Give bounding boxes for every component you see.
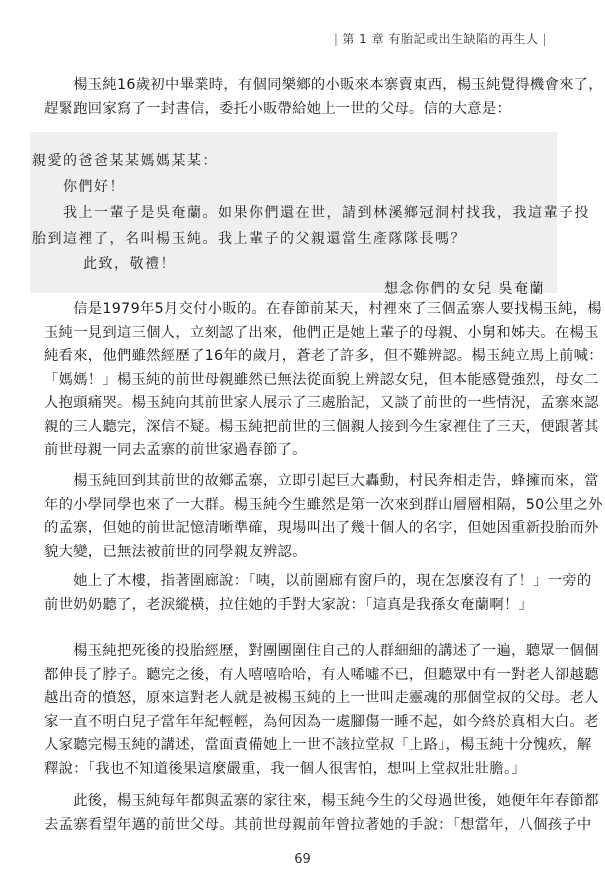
text-line: 年的小學同學也來了一大群。楊玉純今生雖然是第一次來到群山層層相隔，50公里之外 [44, 494, 559, 518]
text-line: 親的三人聽完，深信不疑。楊玉純把前世的三個親人接到今生家裡住了三天，便跟著其 [44, 416, 559, 440]
chapter-title: 第 1 章 有胎記或出生缺陷的再生人 [342, 32, 538, 46]
text-line: 楊玉純把死後的投胎經歷，對團團圍住自己的人群細細的講述了一遍，聽眾一個個 [44, 640, 559, 664]
text-line: 越出奇的憤怒，原來這對老人就是被楊玉純的上一世叫走靈魂的那個堂叔的父母。老人 [44, 687, 559, 711]
text-line: 此後，楊玉純每年都與孟寨的家往來，楊玉純今生的父母過世後，她便年年春節都 [44, 790, 559, 814]
text-line: 前世奶奶聽了，老淚縱橫，拉住她的手對大家說：「這真是我孫女奄蘭啊！」 [44, 594, 559, 618]
body-paragraph: 信是1979年5月交付小販的。在春節前某天，村裡來了三個孟寨人要找楊玉純，楊 玉… [44, 298, 559, 463]
running-header: |第 1 章 有胎記或出生缺陷的再生人| [330, 30, 551, 47]
text-line: 玉純一見到這三個人，立刻認了出來，他們正是她上輩子的母親、小舅和姊夫。在楊玉 [44, 322, 559, 346]
text-line: 楊玉純16歲初中畢業時，有個同樂鄉的小販來本寨賣東西，楊玉純覺得機會來了， [44, 74, 559, 98]
header-divider-left: | [334, 32, 339, 46]
text-line: 前世母親一同去孟寨的前世家過春節了。 [44, 439, 559, 463]
body-paragraph: 楊玉純把死後的投胎經歷，對團團圍住自己的人群細細的講述了一遍，聽眾一個個 都伸長… [44, 640, 559, 781]
text-line: 信是1979年5月交付小販的。在春節前某天，村裡來了三個孟寨人要找楊玉純，楊 [44, 298, 559, 322]
text-line: 家一直不明白兒子當年年紀輕輕，為何因為一處腳傷一睡不起，如今終於真相大白。老 [44, 711, 559, 735]
text-line: 楊玉純回到其前世的故鄉孟寨，立即引起巨大轟動，村民奔相走告，蜂擁而來，當 [44, 470, 559, 494]
page-number: 69 [0, 852, 605, 867]
header-divider-right: | [542, 32, 547, 46]
body-paragraph: 此後，楊玉純每年都與孟寨的家往來，楊玉純今生的父母過世後，她便年年春節都 去孟寨… [44, 790, 559, 837]
text-line: 趕緊跑回家寫了一封書信，委托小販帶給她上一世的父母。信的大意是： [44, 98, 559, 122]
text-line: 釋說：「我也不知道後果這麼嚴重，我一個人很害怕，想叫上堂叔壯壯膽。」 [44, 758, 559, 782]
text-line: 純看來，他們雖然經歷了16年的歲月，蒼老了許多，但不難辨認。楊玉純立馬上前喊： [44, 345, 559, 369]
intro-paragraph: 楊玉純16歲初中畢業時，有個同樂鄉的小販來本寨賣東西，楊玉純覺得機會來了， 趕緊… [44, 74, 559, 121]
letter-box: 親愛的爸爸某某媽媽某某： 你們好！ 我上一輩子是吳奄蘭。如果你們還在世，請到林溪… [30, 132, 557, 293]
letter-closing: 此致，敬禮！ [83, 253, 176, 273]
body-paragraph: 她上了木樓，指著圍廊說：「咦，以前圍廊有窗戶的，現在怎麼沒有了！」一旁的 前世奶… [44, 570, 559, 617]
body-paragraph: 楊玉純回到其前世的故鄉孟寨，立即引起巨大轟動，村民奔相走告，蜂擁而來，當 年的小… [44, 470, 559, 564]
text-line: 她上了木樓，指著圍廊說：「咦，以前圍廊有窗戶的，現在怎麼沒有了！」一旁的 [44, 570, 559, 594]
text-line: 都伸長了脖子。聽完之後，有人嘻嘻哈哈，有人唏噓不已，但聽眾中有一對老人卻越聽 [44, 664, 559, 688]
letter-body-line: 胎到這裡了，名叫楊玉純。我上輩子的父親還當生產隊隊長嗎？ [32, 228, 466, 248]
letter-greeting: 你們好！ [32, 176, 125, 196]
text-line: 貌大變，已無法被前世的同學親友辨認。 [44, 541, 559, 565]
letter-body-line: 我上一輩子是吳奄蘭。如果你們還在世，請到林溪鄉冠洞村找我，我這輩子投 [32, 202, 590, 222]
letter-salutation: 親愛的爸爸某某媽媽某某： [32, 150, 218, 170]
text-line: 的孟寨，但她的前世記憶清晰準確，現場叫出了幾十個人的名字，但她因重新投胎而外 [44, 517, 559, 541]
text-line: 去孟寨看望年邁的前世父母。其前世母親前年曾拉著她的手說：「想當年，八個孩子中 [44, 814, 559, 838]
text-line: 人抱頭痛哭。楊玉純向其前世家人展示了三處胎記，又談了前世的一些情況，孟寨來認 [44, 392, 559, 416]
letter-signature: 想念你們的女兒 吳奄蘭 [384, 278, 545, 298]
text-line: 「媽媽！」楊玉純的前世母親雖然已無法從面貌上辨認女兒，但本能感覺強烈，母女二 [44, 369, 559, 393]
text-line: 人家聽完楊玉純的講述，當面責備她上一世不該拉堂叔「上路」，楊玉純十分愧疚，解 [44, 734, 559, 758]
